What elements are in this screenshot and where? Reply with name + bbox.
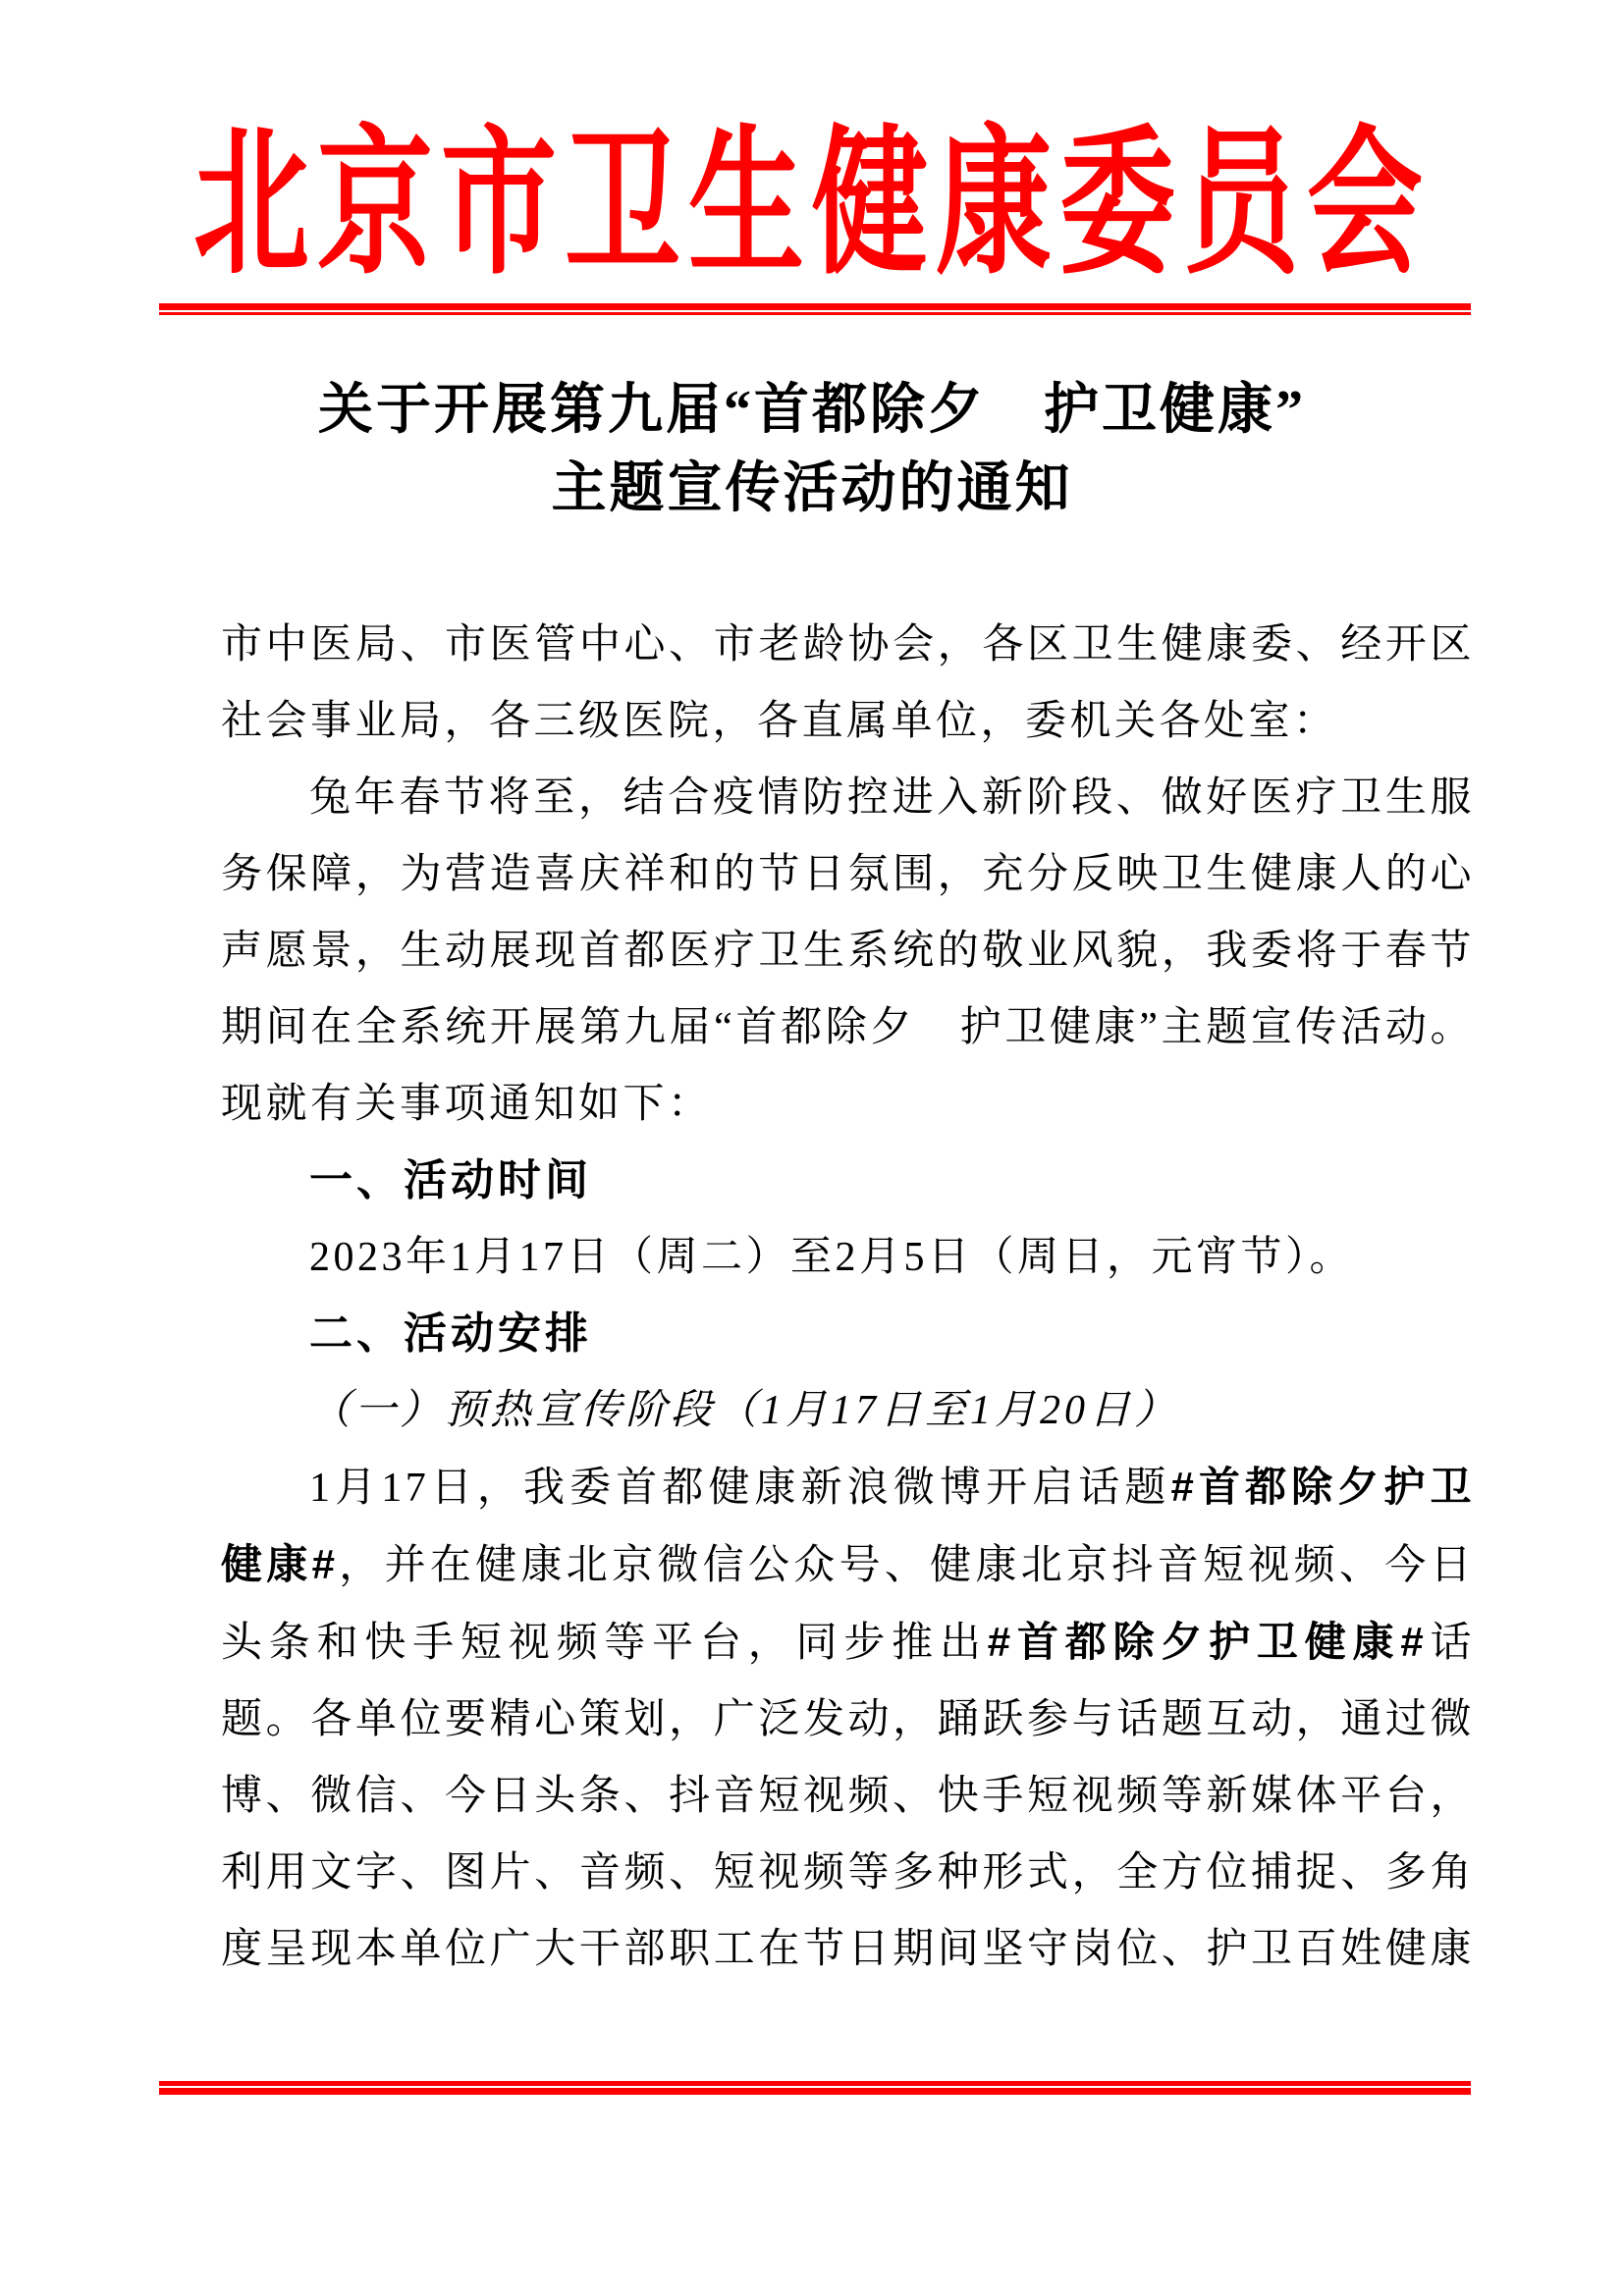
doc-title-line2: 主题宣传活动的通知 xyxy=(0,450,1624,528)
intro-paragraph: 兔年春节将至，结合疫情防控进入新阶段、做好医疗卫生服务保障，为营造喜庆祥和的节日… xyxy=(221,760,1475,1143)
header-rule-thin-line xyxy=(159,312,1471,315)
letterhead-title: 北京市卫生健康委员会 xyxy=(0,126,1624,286)
document-body: 市中医局、市医管中心、市老龄协会，各区卫生健康委、经开区社会事业局，各三级医院，… xyxy=(221,607,1475,2001)
doc-title: 关于开展第九届“首都除夕 护卫健康” 主题宣传活动的通知 xyxy=(0,371,1624,528)
section-1-time: 2023年1月17日（周二）至2月5日（周日，元宵节）。 xyxy=(221,1219,1475,1296)
recipients-paragraph: 市中医局、市医管中心、市老龄协会，各区卫生健康委、经开区社会事业局，各三级医院，… xyxy=(221,607,1475,760)
stage-1-paragraph: 1月17日，我委首都健康新浪微博开启话题#首都除夕护卫健康#，并在健康北京微信公… xyxy=(221,1449,1475,2001)
header-double-rule xyxy=(159,303,1471,315)
paragraph-text: 1月17日，我委首都健康新浪微博开启话题 xyxy=(309,1466,1171,1511)
document-page: 北京市卫生健康委员会 关于开展第九届“首都除夕 护卫健康” 主题宣传活动的通知 … xyxy=(0,0,1624,2296)
doc-title-line1: 关于开展第九届“首都除夕 护卫健康” xyxy=(0,371,1624,450)
section-1-heading: 一、活动时间 xyxy=(221,1143,1475,1219)
paragraph-text: 话题。各单位要精心策划，广泛发动，踊跃参与话题互动，通过微博、微信、今日头条、抖… xyxy=(221,1621,1475,2001)
stage-1-heading: （一）预热宣传阶段（1月17日至1月20日） xyxy=(221,1372,1475,1449)
header-rule-thick-line xyxy=(159,303,1471,310)
footer-rule-bottom-line xyxy=(159,2088,1471,2095)
section-2-heading: 二、活动安排 xyxy=(221,1296,1475,1372)
hashtag-topic-bold-text: #首都除夕护卫健康# xyxy=(988,1619,1427,1665)
footer-double-rule xyxy=(159,2081,1471,2095)
